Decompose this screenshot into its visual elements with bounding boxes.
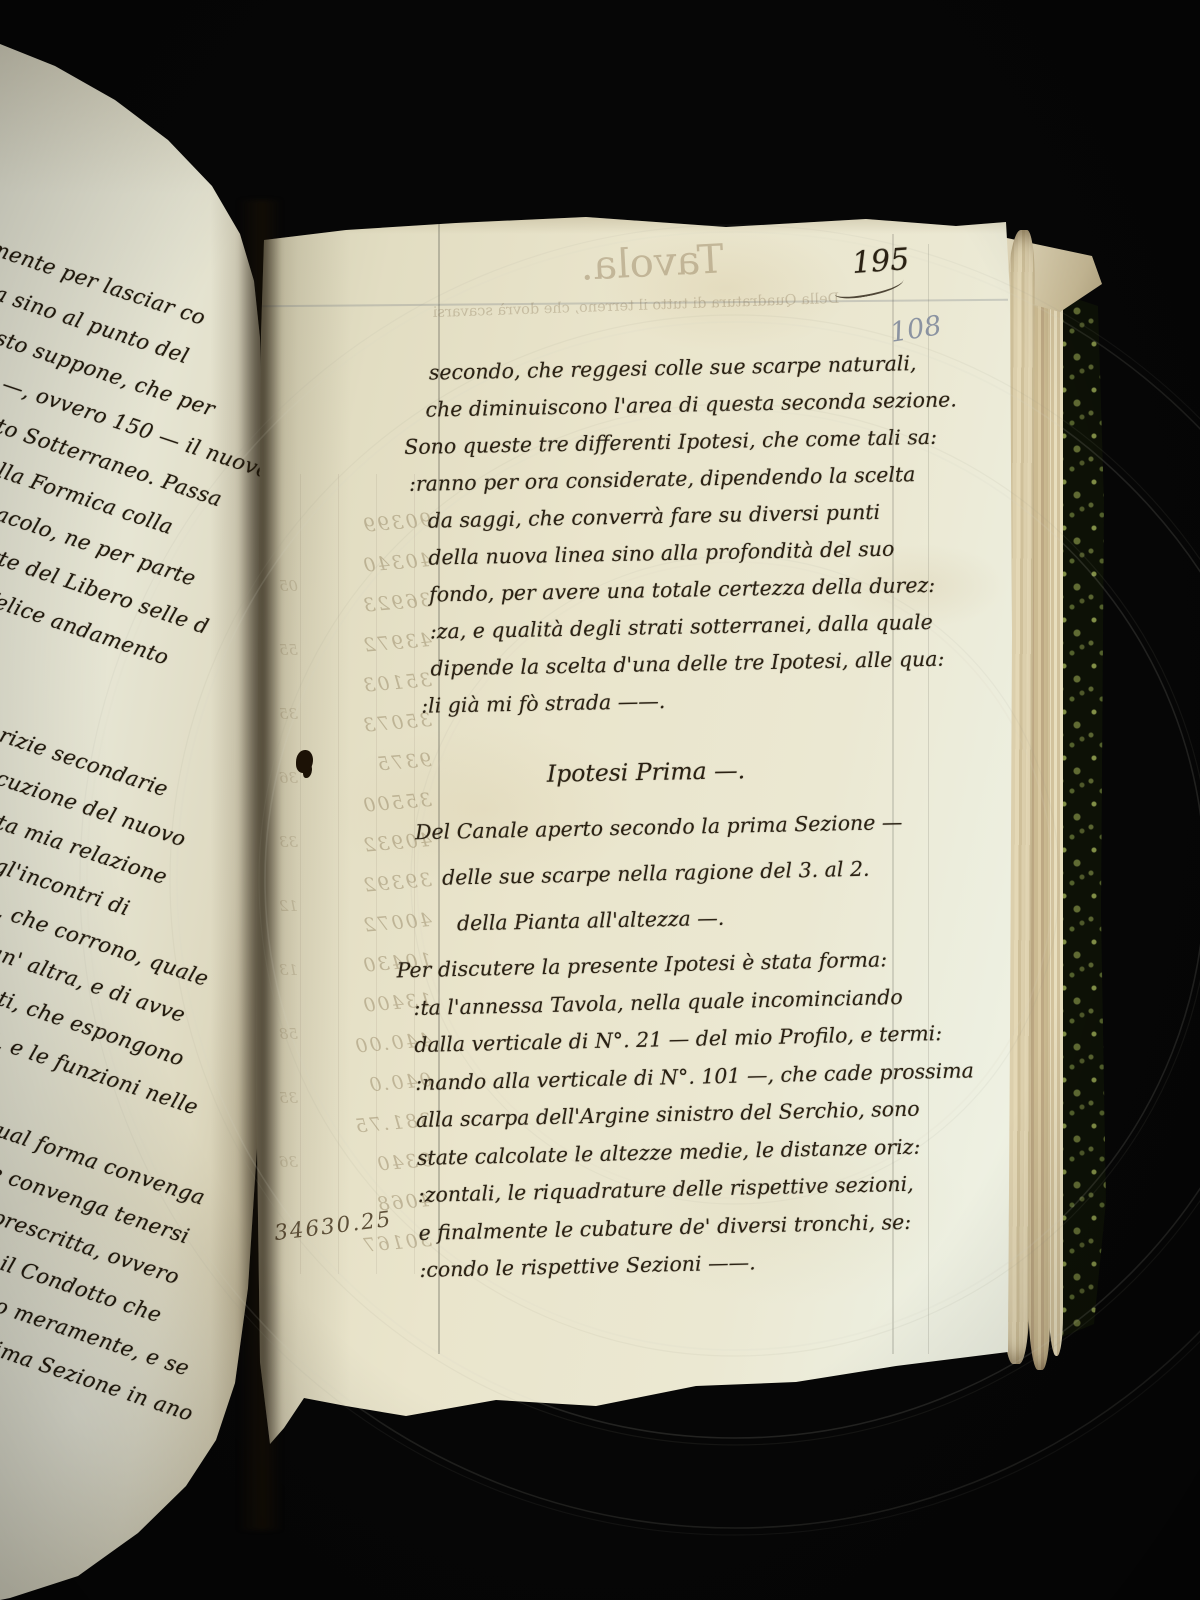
- left-page: lateralmente per lasciar coFormica sino …: [0, 38, 270, 1600]
- page-edge-strip-back: [1048, 268, 1063, 1356]
- paragraph-2: Per discutere la presente Ipotesi è stat…: [396, 940, 964, 1290]
- marbled-cover: [1056, 292, 1106, 1338]
- manuscript-photo: lateralmente per lasciar coFormica sino …: [0, 0, 1200, 1600]
- handwritten-line: della Pianta all'altezza —.: [457, 891, 918, 947]
- section-heading: Ipotesi Prima —.: [486, 755, 806, 789]
- right-page: Tavola. Della Quadratura di tutto il ter…: [256, 214, 1014, 1454]
- paragraph-1: secondo, che reggesi colle sue scarpe na…: [402, 345, 929, 725]
- section-subheading: Del Canale aperto secondo la prima Sezio…: [415, 799, 918, 947]
- gutter-shadow: [238, 200, 282, 1530]
